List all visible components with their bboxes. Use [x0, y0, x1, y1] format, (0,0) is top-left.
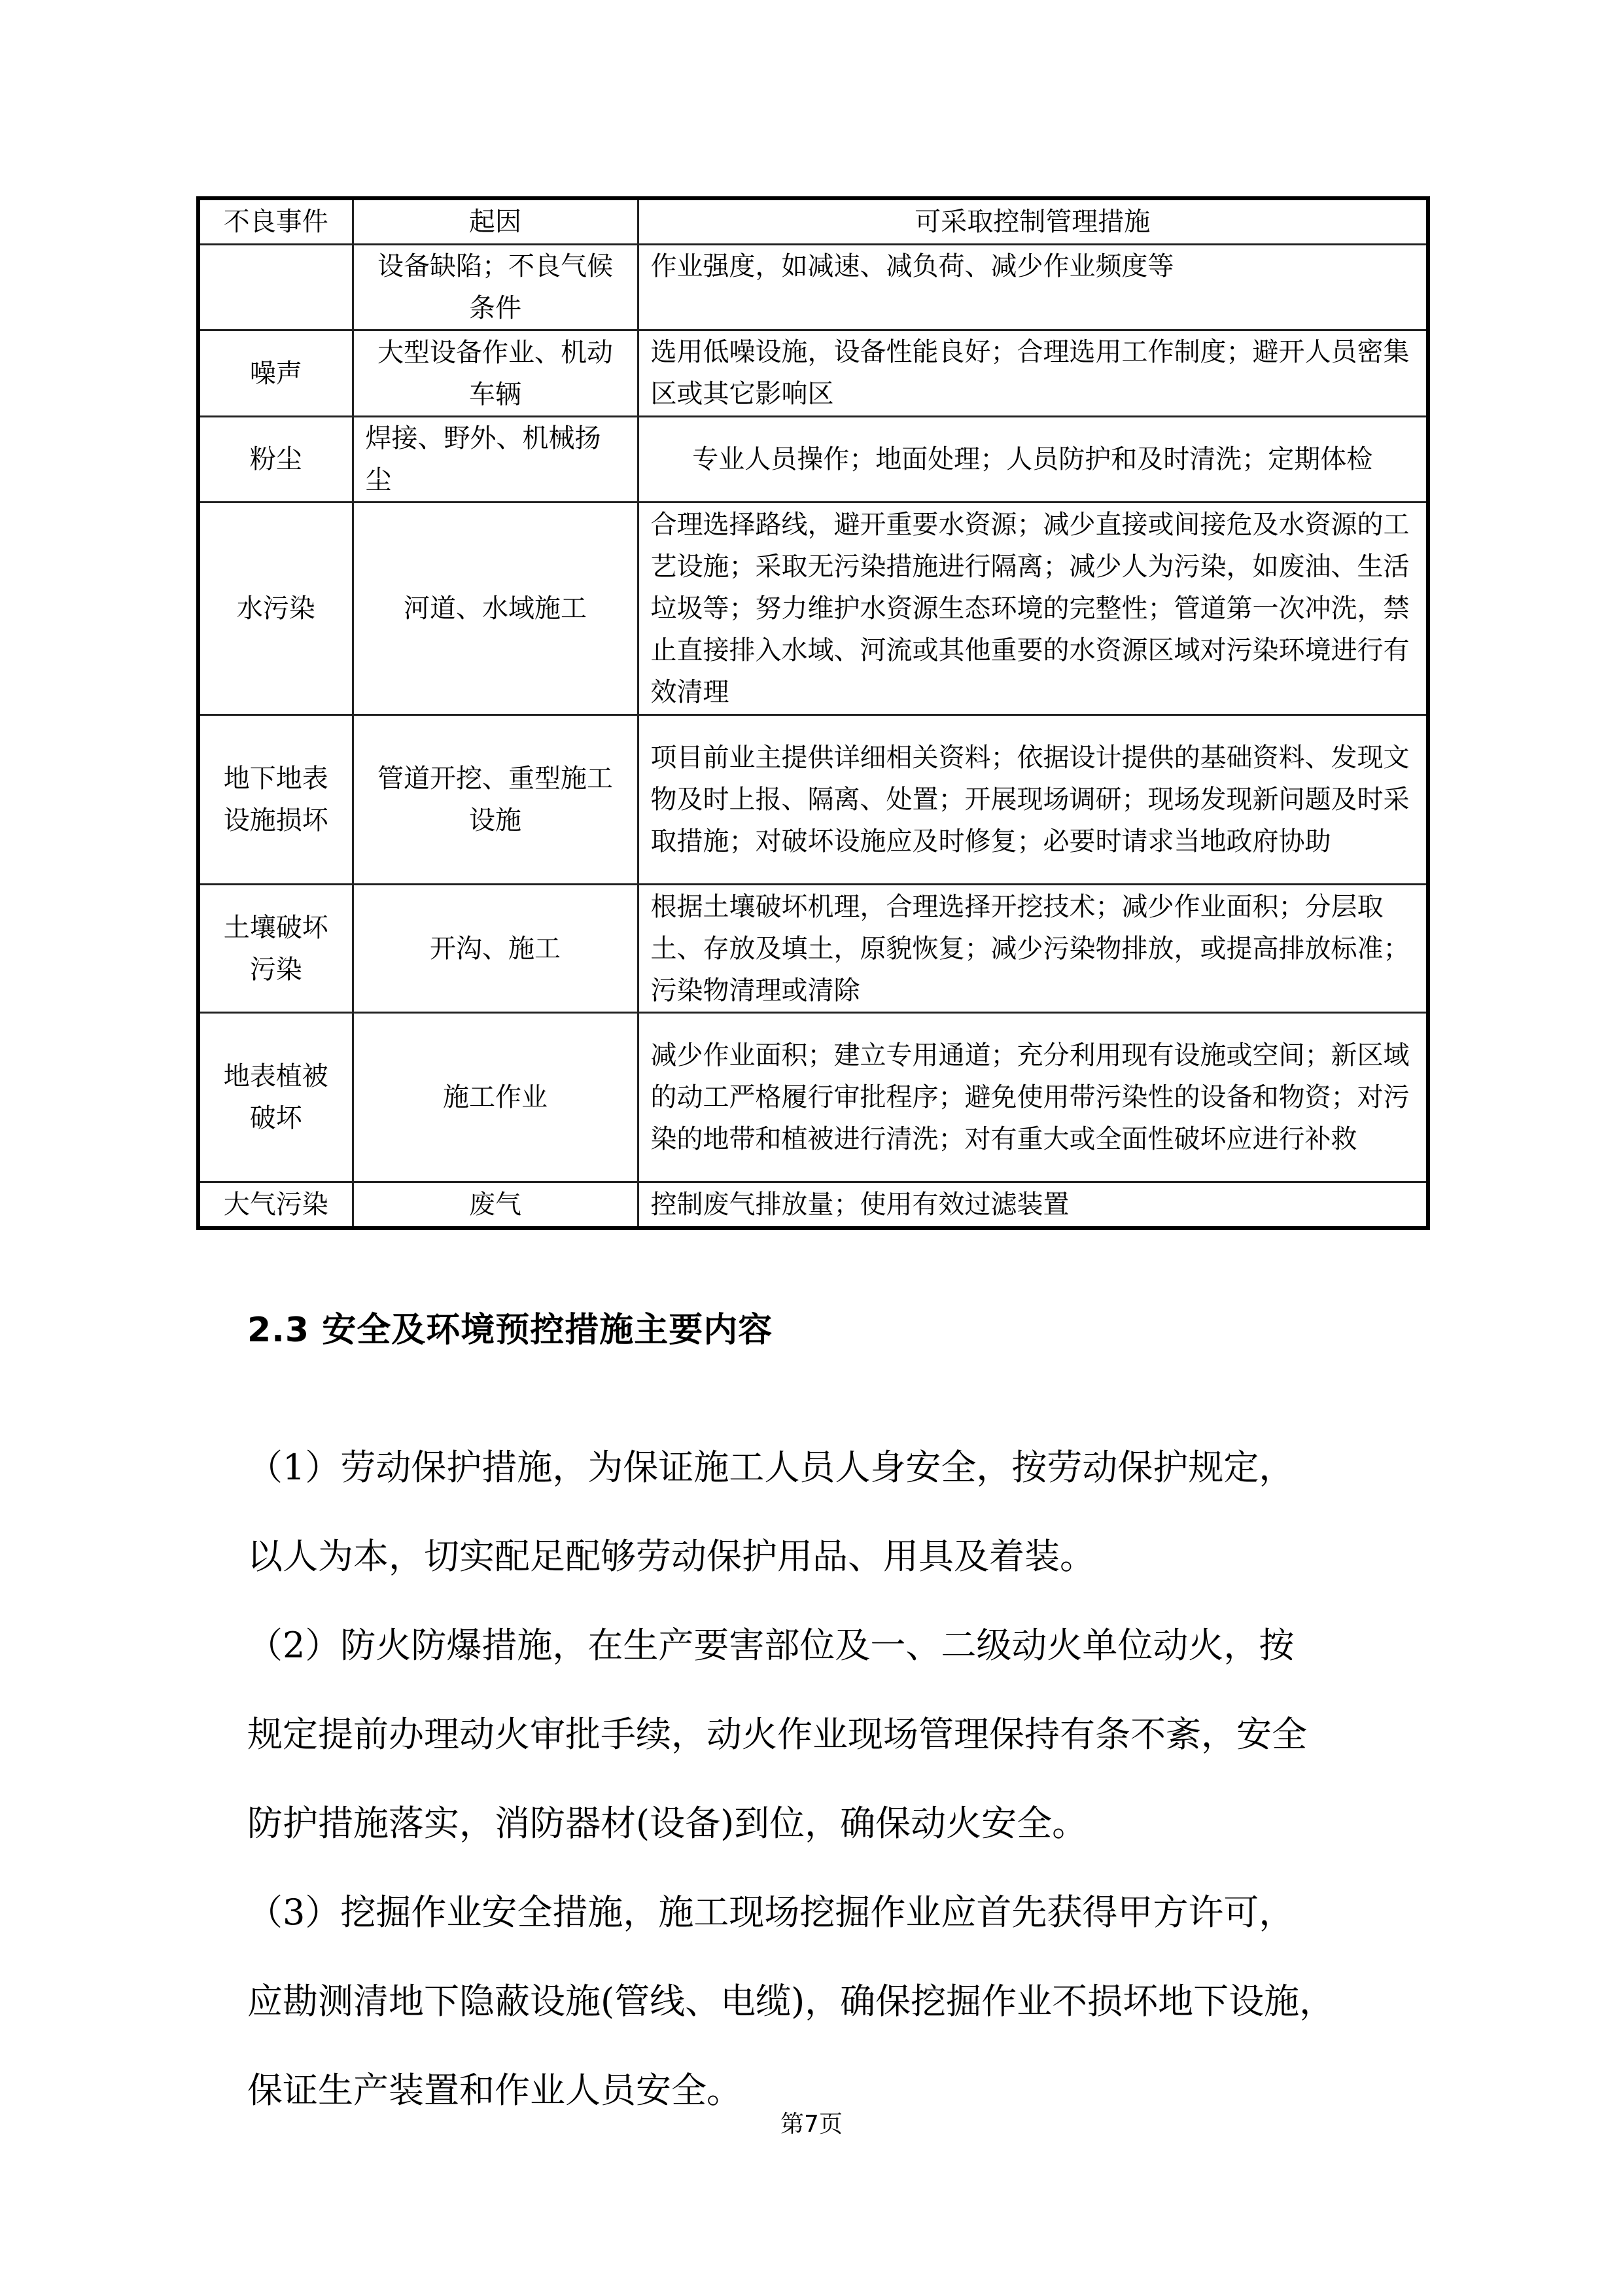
measures-cell: 控制废气排放量；使用有效过滤装置: [638, 1182, 1428, 1229]
table-row: 土壤破坏污染 开沟、施工 根据土壤破坏机理，合理选择开挖技术；减少作业面积；分层…: [198, 885, 1428, 1013]
header-measures: 可采取控制管理措施: [638, 198, 1428, 245]
header-event: 不良事件: [198, 198, 353, 245]
measures-cell: 专业人员操作；地面处理；人员防护和及时清洗；定期体检: [638, 417, 1428, 503]
table-row: 设备缺陷；不良气候条件 作业强度，如减速、减负荷、减少作业频度等: [198, 245, 1428, 330]
event-cell: 地下地表设施损坏: [198, 715, 353, 885]
event-cell: 土壤破坏污染: [198, 885, 353, 1013]
cause-cell: 废气: [353, 1182, 638, 1229]
event-cell: 地表植被破坏: [198, 1013, 353, 1182]
cause-cell: 大型设备作业、机动车辆: [353, 330, 638, 417]
table-row: 粉尘 焊接、野外、机械扬尘 专业人员操作；地面处理；人员防护和及时清洗；定期体检: [198, 417, 1428, 503]
section-heading: 2.3 安全及环境预控措施主要内容: [247, 1302, 773, 1351]
cause-cell: 开沟、施工: [353, 885, 638, 1013]
page-number: 第7页: [0, 2106, 1623, 2139]
document-page: 不良事件 起因 可采取控制管理措施 设备缺陷；不良气候条件 作业强度，如减速、减…: [0, 0, 1623, 2296]
event-cell: 大气污染: [198, 1182, 353, 1229]
measures-cell: 作业强度，如减速、减负荷、减少作业频度等: [638, 245, 1428, 330]
paragraph-line: 以人为本，切实配足配够劳动保护用品、用具及着装。: [247, 1512, 1412, 1601]
paragraph-line: （3）挖掘作业安全措施，施工现场挖掘作业应首先获得甲方许可，: [247, 1868, 1412, 1957]
paragraph-line: （2）防火防爆措施，在生产要害部位及一、二级动火单位动火，按: [247, 1601, 1412, 1690]
cause-cell: 焊接、野外、机械扬尘: [353, 417, 638, 503]
event-cell: 粉尘: [198, 417, 353, 503]
measures-cell: 根据土壤破坏机理，合理选择开挖技术；减少作业面积；分层取土、存放及填土，原貌恢复…: [638, 885, 1428, 1013]
paragraph-excavation-safety: （3）挖掘作业安全措施，施工现场挖掘作业应首先获得甲方许可， 应勘测清地下隐蔽设…: [247, 1868, 1412, 2135]
measures-cell: 项目前业主提供详细相关资料；依据设计提供的基础资料、发现文物及时上报、隔离、处置…: [638, 715, 1428, 885]
measures-cell: 合理选择路线，避开重要水资源；减少直接或间接危及水资源的工艺设施；采取无污染措施…: [638, 503, 1428, 715]
paragraph-labor-protection: （1）劳动保护措施，为保证施工人员人身安全，按劳动保护规定， 以人为本，切实配足…: [247, 1423, 1412, 1601]
header-cause: 起因: [353, 198, 638, 245]
table-row: 地表植被破坏 施工作业 减少作业面积；建立专用通道；充分利用现有设施或空间；新区…: [198, 1013, 1428, 1182]
cause-cell: 管道开挖、重型施工设施: [353, 715, 638, 885]
table-header-row: 不良事件 起因 可采取控制管理措施: [198, 198, 1428, 245]
table-row: 水污染 河道、水域施工 合理选择路线，避开重要水资源；减少直接或间接危及水资源的…: [198, 503, 1428, 715]
paragraph-line: 应勘测清地下隐蔽设施(管线、电缆)，确保挖掘作业不损坏地下设施，: [247, 1957, 1412, 2046]
table-row: 地下地表设施损坏 管道开挖、重型施工设施 项目前业主提供详细相关资料；依据设计提…: [198, 715, 1428, 885]
cause-cell: 施工作业: [353, 1013, 638, 1182]
table-row: 大气污染 废气 控制废气排放量；使用有效过滤装置: [198, 1182, 1428, 1229]
paragraph-line: （1）劳动保护措施，为保证施工人员人身安全，按劳动保护规定，: [247, 1423, 1412, 1512]
event-cell: 噪声: [198, 330, 353, 417]
table-row: 噪声 大型设备作业、机动车辆 选用低噪设施，设备性能良好；合理选用工作制度；避开…: [198, 330, 1428, 417]
cause-cell: 设备缺陷；不良气候条件: [353, 245, 638, 330]
measures-cell: 减少作业面积；建立专用通道；充分利用现有设施或空间；新区域的动工严格履行审批程序…: [638, 1013, 1428, 1182]
measures-cell: 选用低噪设施，设备性能良好；合理选用工作制度；避开人员密集区或其它影响区: [638, 330, 1428, 417]
event-cell: [198, 245, 353, 330]
paragraph-fire-explosion: （2）防火防爆措施，在生产要害部位及一、二级动火单位动火，按 规定提前办理动火审…: [247, 1601, 1412, 1868]
paragraph-line: 防护措施落实，消防器材(设备)到位，确保动火安全。: [247, 1779, 1412, 1868]
risk-control-table: 不良事件 起因 可采取控制管理措施 设备缺陷；不良气候条件 作业强度，如减速、减…: [196, 196, 1430, 1230]
cause-cell: 河道、水域施工: [353, 503, 638, 715]
paragraph-line: 规定提前办理动火审批手续，动火作业现场管理保持有条不紊，安全: [247, 1690, 1412, 1779]
event-cell: 水污染: [198, 503, 353, 715]
